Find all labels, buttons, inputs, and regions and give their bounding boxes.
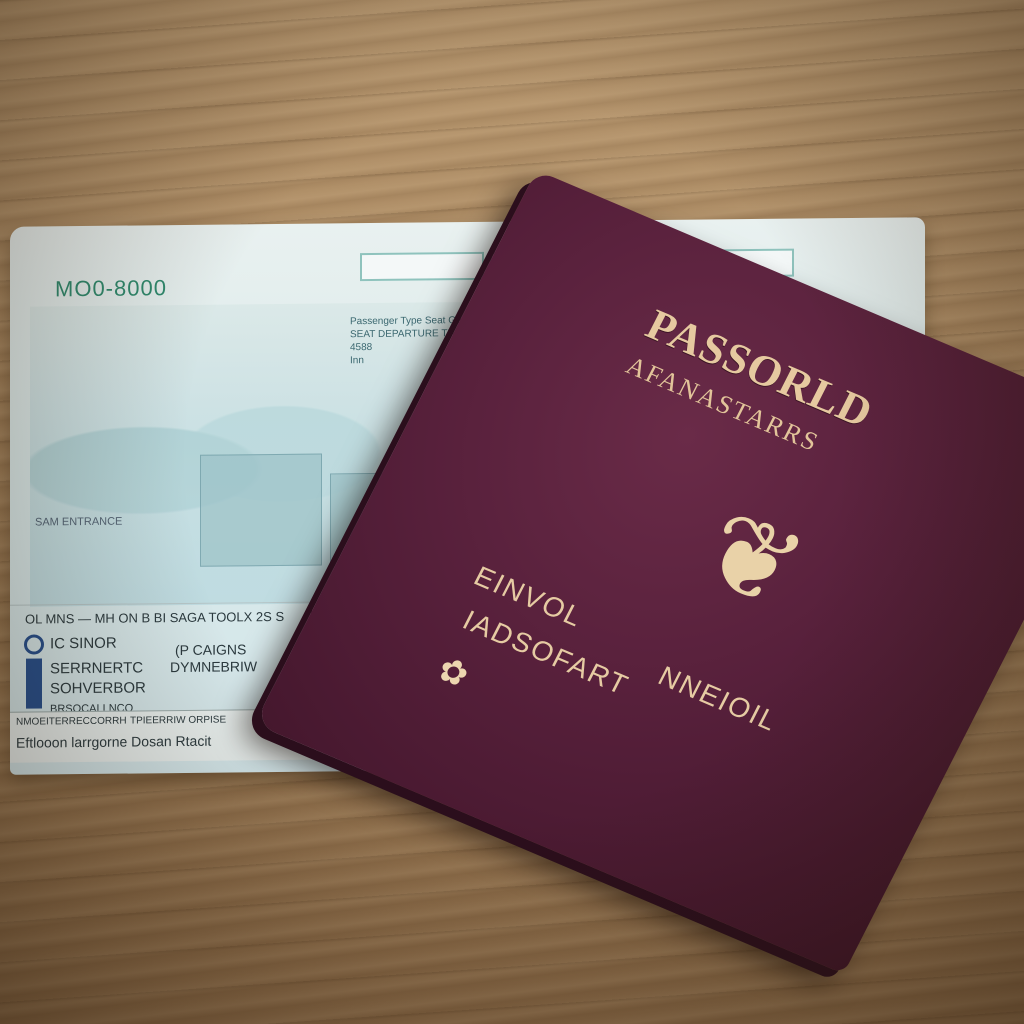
- eagle-emblem-icon: ❦: [626, 454, 878, 666]
- ticket-mid-block-line: DYMNEBRIW: [170, 658, 257, 675]
- ticket-serial: MO0-8000: [55, 275, 167, 302]
- ticket-left-block-line: IC SINOR: [50, 635, 117, 653]
- footer-line: Eftlooon larrgorne Dosan Rtacit: [16, 733, 211, 751]
- ticket-logo-icon: [24, 634, 44, 654]
- building-illustration: [200, 454, 322, 567]
- footer-line: NMOEITERRECCORRH: [16, 716, 127, 728]
- ticket-caption: SAM ENTRANCE: [35, 516, 122, 529]
- footer-line: TPIEERRIW ORPISE: [130, 715, 226, 727]
- passport-line4b: NNEIOIL: [653, 660, 784, 738]
- ticket-mid-block-line: (P CAIGNS: [175, 641, 246, 658]
- ticket-left-block-line: SOHVERBOR: [50, 679, 146, 697]
- ticket-field-box: [360, 252, 484, 281]
- ticket-left-block-line: SERRNERTC: [50, 659, 143, 677]
- ticket-barcode-tag: [26, 658, 42, 708]
- ticket-header-line: OL MNS — MH ON B BI SAGA TOOLX 2S S: [25, 609, 284, 627]
- flower-chip-icon: ✿: [431, 649, 475, 696]
